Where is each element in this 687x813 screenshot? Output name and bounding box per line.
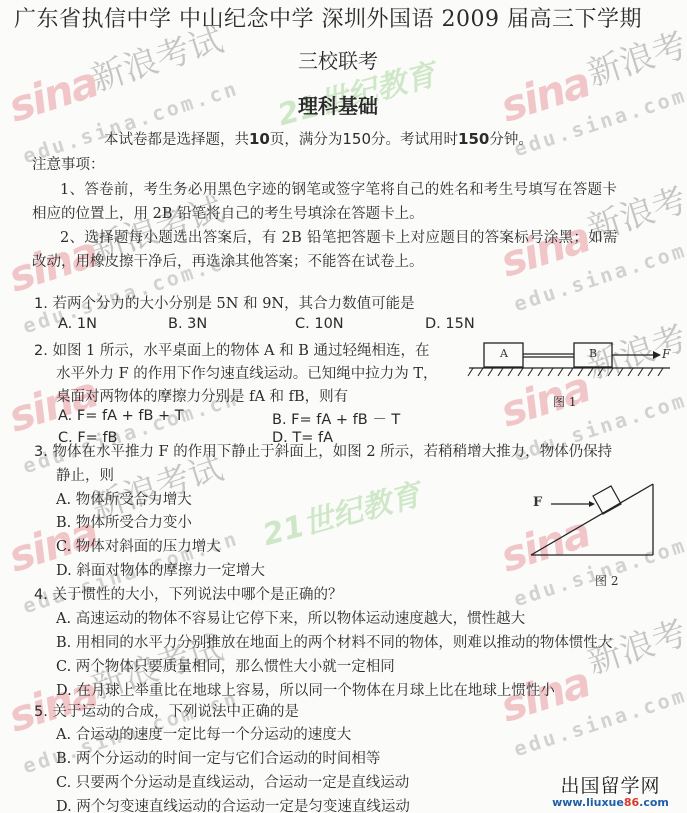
question-stem: 关于运动的合成，下列说法中正确的是: [52, 704, 299, 720]
notes-heading: 注意事项：: [32, 153, 105, 174]
question-4: 4. 关于惯性的大小，下列说法中哪个是正确的？: [34, 583, 342, 604]
footer-brand[interactable]: 出国留学网 www.liuxue86.com: [548, 776, 673, 810]
q5-option-c: C. 只要两个分运动是直线运动，合运动一定是直线运动: [56, 771, 409, 792]
note-item-2-line-2: 改动，用橡皮擦干净后，再选涂其他答案；不能答在试卷上。: [32, 250, 424, 271]
brand-url-num: 86: [624, 796, 639, 809]
intro-text: 分。考试用时: [371, 132, 458, 148]
intro-text: 分钟。: [489, 132, 533, 148]
q3-option-c: C. 物体对斜面的压力增大: [56, 535, 221, 556]
question-stem: 如图 1 所示，水平桌面上的物体 A 和 B 通过轻绳相连，在: [52, 343, 429, 359]
brand-name: 出国留学网: [548, 776, 673, 796]
q3-option-d: D. 斜面对物体的摩擦力一定增大: [56, 559, 265, 580]
question-number: 2.: [34, 343, 48, 359]
q4-option-a: A. 高速运动的物体不容易让它停下来，所以物体运动速度越大，惯性越大: [56, 607, 525, 628]
page-count: 10: [249, 130, 270, 148]
brand-url-prefix: www.liuxue: [552, 796, 624, 809]
question-3: 3. 物体在水平推力 F 的作用下静止于斜面上，如图 2 所示，若稍稍增大推力，…: [34, 440, 612, 461]
figure-2: F 图 2: [525, 476, 685, 588]
sina-logo: sina: [495, 212, 595, 286]
q4-option-c: C. 两个物体只要质量相同，那么惯性大小就一定相同: [56, 655, 395, 676]
question-2: 2. 如图 1 所示，水平桌面上的物体 A 和 B 通过轻绳相连，在: [34, 339, 429, 360]
question-stem: 关于惯性的大小，下列说法中哪个是正确的？: [52, 587, 342, 603]
q2-stem-line-2: 水平外力 F 的作用下作匀速直线运动。已知绳中拉力为 T，: [56, 362, 438, 383]
figure-1-diagram: [465, 340, 687, 390]
exam-subject: 理科基础: [298, 90, 378, 119]
q3-option-b: B. 物体所受合力变小: [56, 511, 192, 532]
brand-url-suffix: .com: [639, 796, 669, 809]
q2-option-a: A. F= fA + fB + T: [58, 408, 184, 424]
block-a-label: A: [500, 347, 508, 360]
sina-url: edu.sina.com: [511, 83, 687, 162]
note-item-2-line-1: 2、选择题每小题选出答案后，有 2B 铅笔把答题卡上对应题目的答案标号涂黑；如需: [60, 226, 618, 247]
note-item-1-line-2: 相应的位置上，用 2B 铅笔将自己的考生号填涂在答题卡上。: [32, 202, 424, 223]
sina-logo: sina: [495, 57, 595, 131]
question-stem: 若两个分力的大小分别是 5N 和 9N，其合力数值可能是: [52, 296, 414, 312]
q5-option-b: B. 两个分运动的时间一定与它们合运动的时间相等: [56, 747, 380, 768]
question-number: 4.: [34, 587, 48, 603]
q3-option-a: A. 物体所受合力增大: [56, 488, 192, 509]
note-item-1-line-1: 1、答卷前，考生务必用黑色字迹的钢笔或签字笔将自己的姓名和考生号填写在答题卡: [60, 178, 617, 199]
edu21-logo: 21世纪教育: [257, 470, 425, 554]
exam-minutes: 150: [458, 130, 489, 148]
question-1: 1. 若两个分力的大小分别是 5N 和 9N，其合力数值可能是: [34, 292, 415, 313]
q5-option-a: A. 合运动的速度一定比每一个分运动的速度大: [56, 723, 351, 744]
q5-option-d: D. 两个匀变速直线运动的合运动一定是匀变速直线运动: [56, 795, 410, 813]
q1-option-a: A. 1N: [58, 316, 97, 332]
figure-2-diagram: [525, 476, 685, 561]
q2-stem-line-3: 桌面对两物体的摩擦力分别是 fA 和 fB，则有: [56, 385, 348, 406]
question-5: 5. 关于运动的合成，下列说法中正确的是: [34, 700, 299, 721]
force-f-label: F: [533, 495, 542, 510]
figure-2-caption: 图 2: [595, 572, 618, 589]
intro-text: 本试卷都是选择题，共: [104, 132, 249, 148]
exam-intro: 本试卷都是选择题，共10页，满分为150分。考试用时150分钟。: [104, 128, 533, 149]
q3-stem-line-2: 静止，则: [56, 464, 114, 485]
sina-logo: sina: [3, 57, 103, 131]
block-b-label: B: [589, 347, 597, 360]
question-number: 1.: [34, 296, 48, 312]
q1-option-d: D. 15N: [425, 316, 475, 332]
question-number: 5.: [34, 704, 48, 720]
q4-option-d: D. 在月球上举重比在地球上容易，所以同一个物体在月球上比在地球上惯性小: [56, 679, 555, 700]
question-stem: 物体在水平推力 F 的作用下静止于斜面上，如图 2 所示，若稍稍增大推力，物体仍…: [52, 444, 612, 460]
watermark-21cnjy-mid: 21世纪教育: [260, 490, 422, 534]
q2-option-b: B. F= fA + fB － T: [272, 408, 400, 429]
q4-option-b: B. 用相同的水平力分别推放在地面上的两个材料不同的物体，则难以推动的物体惯性大: [56, 631, 612, 652]
force-f-label: F: [662, 347, 670, 361]
q1-option-c: C. 10N: [295, 316, 344, 332]
figure-1: A B F 图 1: [465, 340, 687, 415]
exam-subtitle: 三校联考: [298, 45, 378, 74]
full-score: 150: [342, 130, 371, 148]
brand-url: www.liuxue86.com: [548, 796, 673, 810]
question-number: 3.: [34, 444, 48, 460]
sina-url: edu.sina.com: [511, 238, 687, 317]
figure-1-caption: 图 1: [553, 393, 576, 410]
intro-text: 页，满分为: [270, 132, 343, 148]
q1-option-b: B. 3N: [168, 316, 207, 332]
exam-title: 广东省执信中学 中山纪念中学 深圳外国语 2009 届高三下学期: [14, 2, 642, 33]
